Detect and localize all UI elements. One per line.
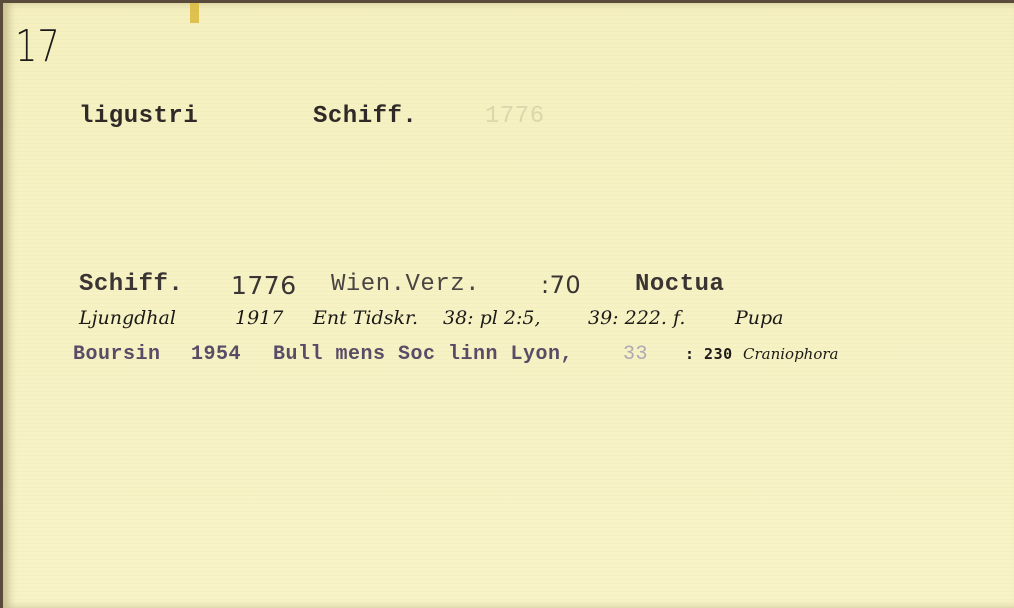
entry-genus: Noctua bbox=[635, 271, 724, 298]
species-author: Schiff. bbox=[313, 103, 417, 130]
entry-reference: 38: pl 2:5, bbox=[443, 307, 541, 329]
entry-author: Boursin bbox=[73, 343, 161, 366]
tape-mark bbox=[190, 3, 199, 23]
faded-year: 1776 bbox=[485, 103, 545, 130]
entry-page: : 230 bbox=[685, 345, 733, 363]
entry-journal: Ent Tidskr. bbox=[313, 307, 418, 329]
entry-reference-2: 39: 222. f. bbox=[588, 307, 685, 329]
entry-year: 1917 bbox=[235, 307, 283, 329]
entry-volume: 33 bbox=[623, 343, 648, 366]
entry-author: Ljungdhal bbox=[79, 307, 176, 329]
entry-journal: Bull mens Soc linn Lyon, bbox=[273, 343, 573, 366]
card-number: 17 bbox=[15, 21, 60, 72]
species-name: ligustri bbox=[79, 103, 198, 130]
entry-year: 1776 bbox=[231, 271, 297, 300]
entry-life-stage: Pupa bbox=[735, 307, 784, 329]
index-card: 17 ligustri Schiff. 1776 Schiff. 1776 Wi… bbox=[3, 3, 1014, 608]
entry-genus: Craniophora bbox=[743, 345, 839, 363]
entry-publication: Wien.Verz. bbox=[331, 271, 480, 298]
entry-page: :70 bbox=[541, 271, 581, 299]
entry-author: Schiff. bbox=[79, 271, 183, 298]
entry-year: 1954 bbox=[191, 343, 241, 366]
